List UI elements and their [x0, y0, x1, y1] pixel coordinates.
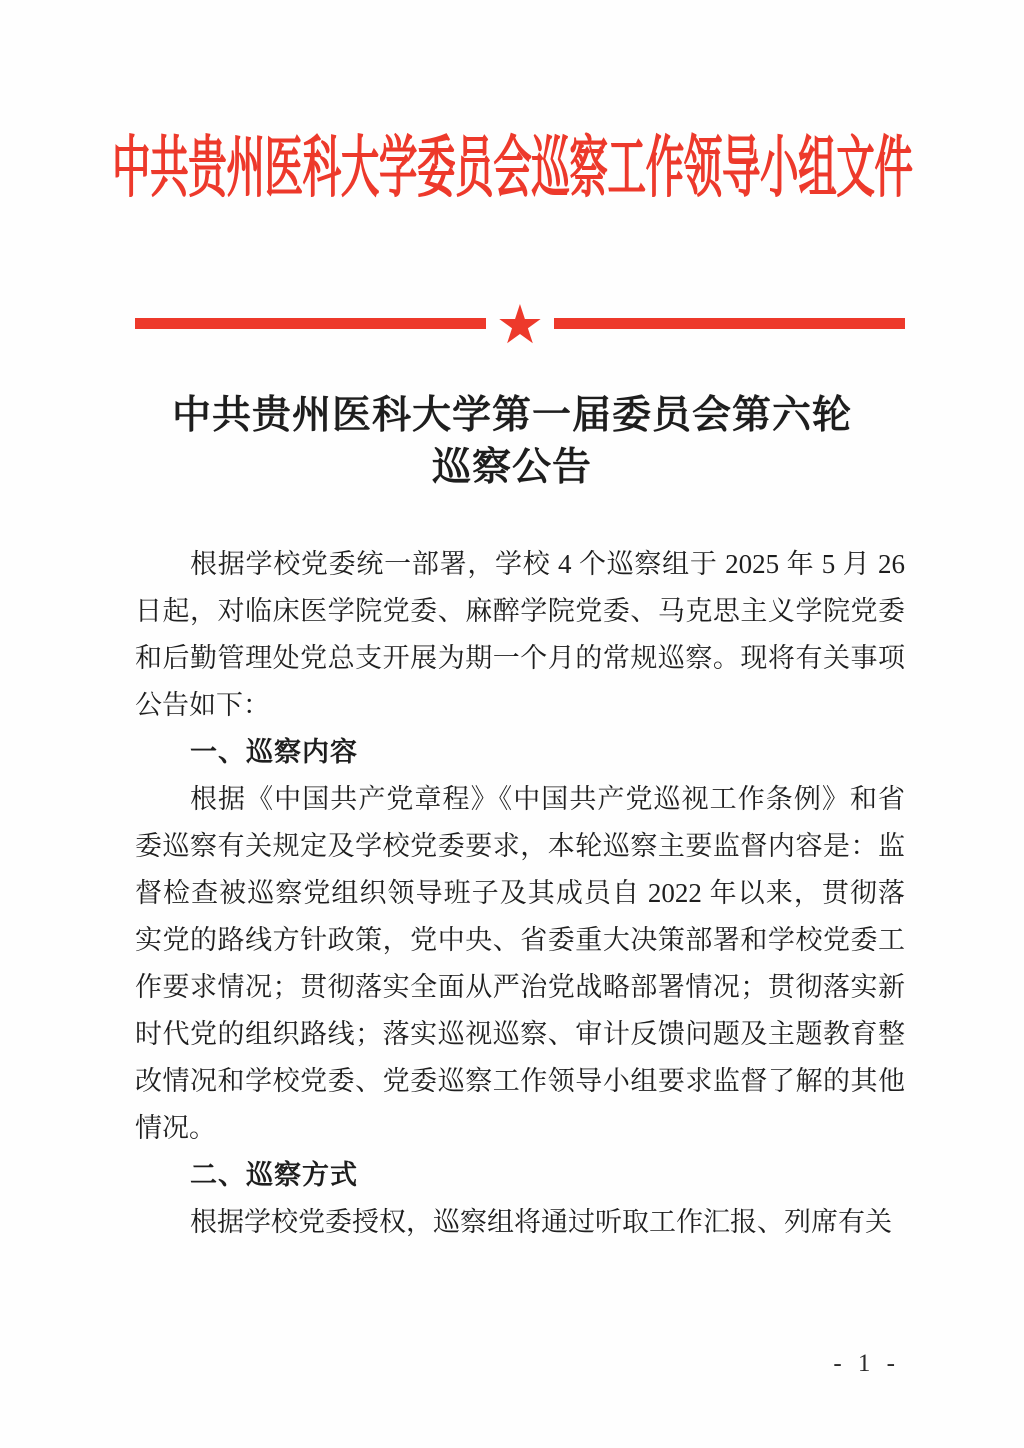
paragraph-2-line-8: 情况。: [135, 1105, 905, 1152]
document-page: 中共贵州医科大学委员会巡察工作领导小组文件 ★ 中共贵州医科大学第一届委员会第六…: [0, 0, 1024, 1448]
document-title-line-1: 中共贵州医科大学第一届委员会第六轮: [0, 390, 1024, 442]
paragraph-1-line-4: 公告如下：: [135, 682, 905, 729]
star-icon: ★: [496, 298, 544, 352]
letterhead-title: 中共贵州医科大学委员会巡察工作领导小组文件: [112, 115, 912, 211]
paragraph-2-line-3: 督检查被巡察党组织领导班子及其成员自 2022 年以来，贯彻落: [135, 870, 905, 917]
paragraph-1-line-3: 和后勤管理处党总支开展为期一个月的常规巡察。现将有关事项: [135, 635, 905, 682]
paragraph-1-line-1: 根据学校党委统一部署，学校 4 个巡察组于 2025 年 5 月 26: [135, 541, 905, 588]
document-title-line-2: 巡察公告: [0, 442, 1024, 494]
paragraph-2-line-4: 实党的路线方针政策，党中央、省委重大决策部署和学校党委工: [135, 917, 905, 964]
divider-line-left: [135, 318, 486, 329]
paragraph-2-line-5: 作要求情况；贯彻落实全面从严治党战略部署情况；贯彻落实新: [135, 964, 905, 1011]
section-heading-2: 二、巡察方式: [135, 1152, 905, 1199]
document-body: 根据学校党委统一部署，学校 4 个巡察组于 2025 年 5 月 26 日起，对…: [135, 541, 905, 1246]
paragraph-1-line-2: 日起，对临床医学院党委、麻醉学院党委、马克思主义学院党委: [135, 588, 905, 635]
letterhead: 中共贵州医科大学委员会巡察工作领导小组文件: [0, 127, 1024, 199]
section-heading-1: 一、巡察内容: [135, 729, 905, 776]
document-title: 中共贵州医科大学第一届委员会第六轮 巡察公告: [0, 390, 1024, 494]
paragraph-3-line-1: 根据学校党委授权，巡察组将通过听取工作汇报、列席有关: [135, 1199, 905, 1246]
paragraph-2-line-7: 改情况和学校党委、党委巡察工作领导小组要求监督了解的其他: [135, 1058, 905, 1105]
divider-line-right: [554, 318, 905, 329]
paragraph-2-line-6: 时代党的组织路线；落实巡视巡察、审计反馈问题及主题教育整: [135, 1011, 905, 1058]
paragraph-2-line-1: 根据《中国共产党章程》《中国共产党巡视工作条例》和省: [135, 776, 905, 823]
red-divider: ★: [135, 297, 905, 349]
paragraph-2-line-2: 委巡察有关规定及学校党委要求，本轮巡察主要监督内容是：监: [135, 823, 905, 870]
page-number: - 1 -: [833, 1350, 900, 1378]
